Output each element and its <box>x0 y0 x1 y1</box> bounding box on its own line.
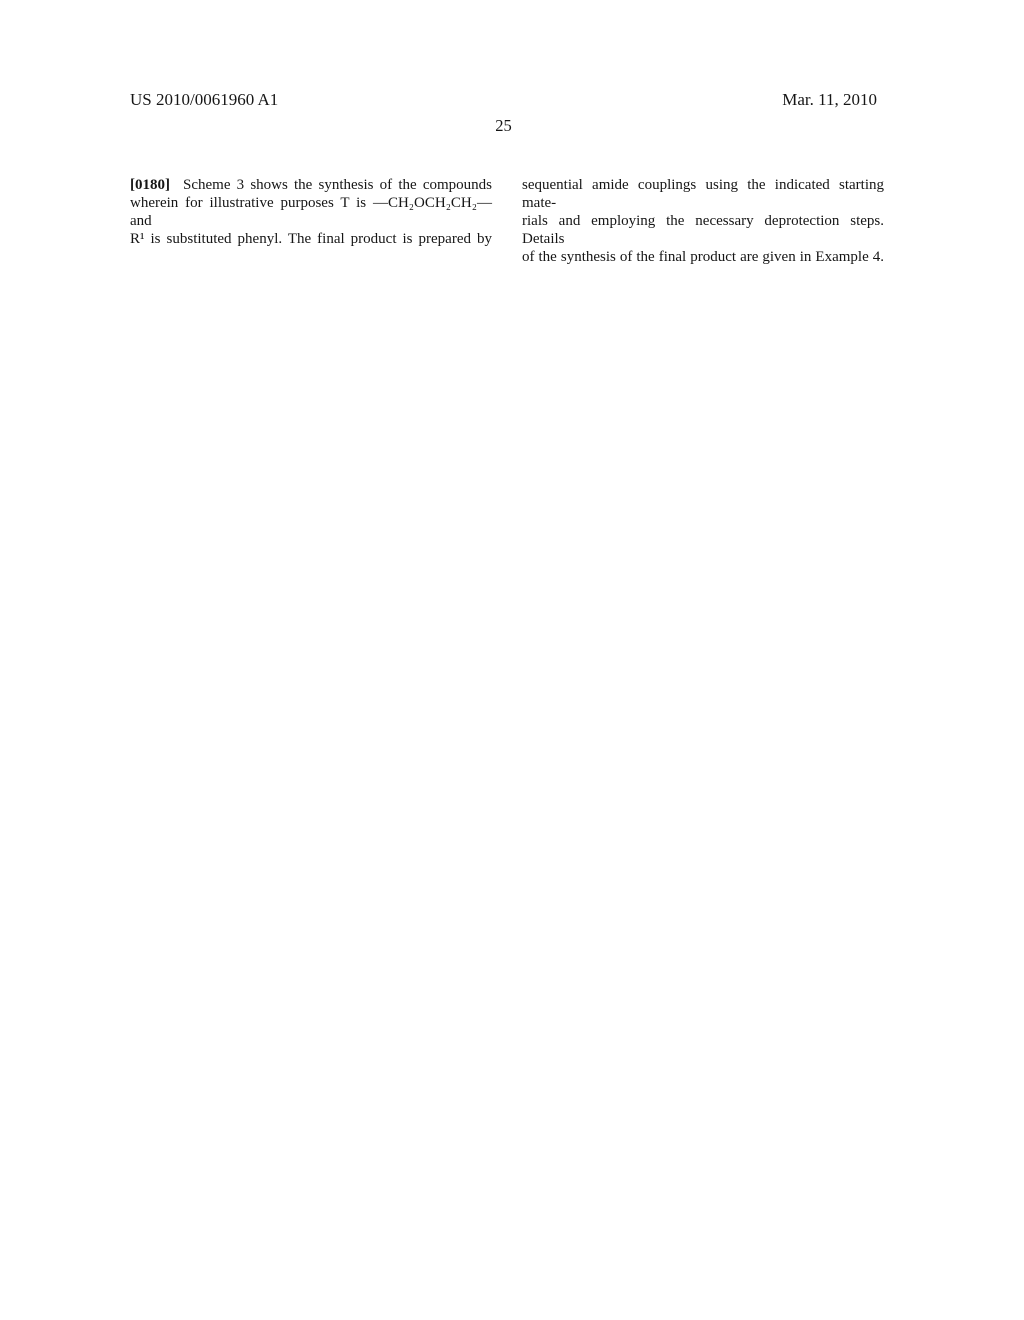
text-line: rials and employing the necessary deprot… <box>522 212 884 248</box>
text-line: R¹ is substituted phenyl. The final prod… <box>130 230 492 248</box>
text-line: [0180]Scheme 3 shows the synthesis of th… <box>130 176 492 194</box>
text-line: sequential amide couplings using the ind… <box>522 176 884 212</box>
body-columns: [0180]Scheme 3 shows the synthesis of th… <box>130 176 884 266</box>
text-line: of the synthesis of the final product ar… <box>522 248 884 266</box>
page-number: 25 <box>130 116 877 136</box>
publication-number: US 2010/0061960 A1 <box>130 90 278 110</box>
left-column: [0180]Scheme 3 shows the synthesis of th… <box>130 176 492 266</box>
text-line: wherein for illustrative purposes T is —… <box>130 194 492 230</box>
page-header: US 2010/0061960 A1 Mar. 11, 2010 <box>130 90 877 110</box>
paragraph-tag: [0180] <box>130 177 170 193</box>
text-line-content: Scheme 3 shows the synthesis of the comp… <box>183 177 492 193</box>
right-column: sequential amide couplings using the ind… <box>522 176 884 266</box>
publication-date: Mar. 11, 2010 <box>782 90 877 110</box>
patent-document-page: US 2010/0061960 A1 Mar. 11, 2010 25 [018… <box>0 0 1024 1320</box>
